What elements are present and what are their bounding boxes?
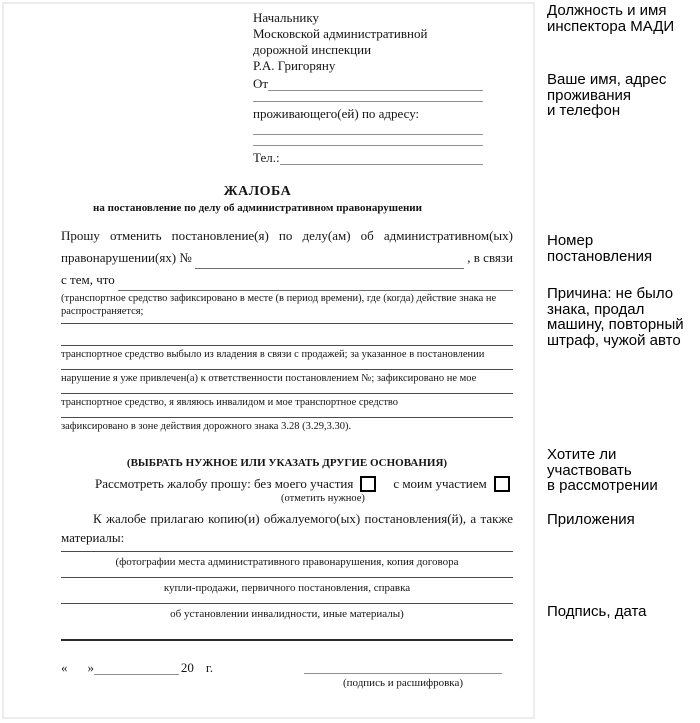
signature-line[interactable]: [304, 660, 502, 674]
attachment-hint: (фотографии места административного прав…: [61, 552, 513, 567]
address-line-2[interactable]: [253, 145, 483, 146]
choose-grounds-header: (ВЫБРАТЬ НУЖНОЕ ИЛИ УКАЗАТЬ ДРУГИЕ ОСНОВ…: [61, 456, 513, 470]
phone-line[interactable]: [280, 151, 483, 165]
phone-label: Тел.:: [253, 150, 280, 165]
addressee-line: Р.А. Григоряну: [253, 58, 489, 74]
document-subtitle: на постановление по делу об администрати…: [4, 202, 511, 215]
participation-row: Рассмотреть жалобу прошу: без моего учас…: [61, 476, 513, 492]
attachments-paragraph-line-2: материалы:: [61, 528, 513, 547]
participation-label: Рассмотреть жалобу прошу: без моего учас…: [95, 476, 353, 492]
annotation-inspector: Должность и имя инспектора МАДИ: [547, 3, 700, 34]
with-participation-checkbox[interactable]: [494, 476, 510, 492]
because-label: с тем, что: [61, 269, 115, 291]
year-suffix: г.: [206, 660, 213, 675]
addressee-line: Начальнику: [253, 10, 489, 26]
reason-hint-line-2: распространяется;: [61, 307, 513, 317]
reason-fill-line[interactable]: транспортное средство, я являюсь инвалид…: [61, 393, 513, 417]
signature-caption: (подпись и расшифровка): [304, 677, 502, 689]
section-divider-rule: [61, 639, 513, 641]
reason-hint-line-1: (транспортное средство зафиксировано в м…: [61, 294, 513, 304]
document-title: ЖАЛОБА: [4, 184, 511, 199]
applicant-block: От проживающего(ей) по адресу: Тел.:: [253, 76, 483, 165]
annotation-reason: Причина: не было знака, продал машину, п…: [547, 286, 700, 348]
request-line-3: с тем, что: [61, 269, 513, 291]
attachment-fill-line[interactable]: (фотографии места административного прав…: [61, 551, 513, 577]
annotation-attachments: Приложения: [547, 512, 700, 528]
address-label: проживающего(ей) по адресу:: [253, 106, 483, 122]
reason-line[interactable]: [118, 271, 513, 291]
date-open-quote: «: [61, 660, 68, 675]
reason-fill-line[interactable]: транспортное средство выбыло из владения…: [61, 345, 513, 369]
annotation-signature-date: Подпись, дата: [547, 604, 700, 620]
complaint-form-page: Начальнику Московской административной д…: [2, 2, 535, 719]
document-title-block: ЖАЛОБА на постановление по делу об админ…: [4, 184, 511, 215]
attachment-hint: купли-продажи, первичного постановления,…: [61, 578, 513, 593]
main-text-column: Прошу отменить постановление(я) по делу(…: [61, 225, 513, 689]
reason-fill-line[interactable]: нарушение я уже привлечен(а) к ответстве…: [61, 369, 513, 393]
from-label: От: [253, 76, 268, 91]
annotation-participation: Хотите ли участвовать в рассмотрении: [547, 447, 700, 494]
reason-fill-line[interactable]: зафиксировано в зоне действия дорожного …: [61, 417, 513, 441]
date-group: « » 20 г.: [61, 660, 213, 675]
attachment-fill-line[interactable]: об установлении инвалидности, иные матер…: [61, 603, 513, 629]
attachments-paragraph-line-1: К жалобе прилагаю копию(и) обжалуемого(ы…: [61, 509, 513, 528]
annotation-applicant-info: Ваше имя, адрес проживания и телефон: [547, 72, 700, 119]
year-prefix: 20: [181, 660, 194, 675]
annotation-decree-number: Номер постановления: [547, 233, 700, 264]
without-participation-checkbox[interactable]: [360, 476, 376, 492]
request-line-2-suffix: , в связи: [467, 247, 513, 269]
ground-hint: транспортное средство выбыло из владения…: [61, 346, 513, 360]
address-line-1[interactable]: [253, 134, 483, 135]
addressee-block: Начальнику Московской административной д…: [253, 10, 489, 74]
reason-fill-line[interactable]: [61, 323, 513, 345]
date-month-line[interactable]: [94, 661, 179, 675]
from-name-line[interactable]: [268, 77, 483, 91]
attachment-hint: об установлении инвалидности, иные матер…: [61, 604, 513, 619]
decree-number-line[interactable]: [195, 249, 465, 269]
attachment-fill-line[interactable]: купли-продажи, первичного постановления,…: [61, 577, 513, 603]
screenshot-canvas: Начальнику Московской административной д…: [0, 0, 700, 723]
request-line-2: правонарушении(ях) № , в связи: [61, 247, 513, 269]
addressee-line: дорожной инспекции: [253, 42, 489, 58]
from-name-line-2[interactable]: [253, 101, 483, 102]
decree-number-label: правонарушении(ях) №: [61, 247, 192, 269]
addressee-line: Московской административной: [253, 26, 489, 42]
with-participation-label: с моим участием: [393, 476, 486, 492]
ground-hint: зафиксировано в зоне действия дорожного …: [61, 418, 513, 432]
ground-hint: транспортное средство, я являюсь инвалид…: [61, 394, 513, 408]
ground-hint: нарушение я уже привлечен(а) к ответстве…: [61, 370, 513, 384]
request-line-1: Прошу отменить постановление(я) по делу(…: [61, 225, 513, 247]
date-signature-row: « » 20 г. (подпись и расшифровка): [61, 660, 513, 689]
check-needed-note: (отметить нужное): [61, 494, 513, 504]
signature-group: (подпись и расшифровка): [304, 660, 502, 689]
